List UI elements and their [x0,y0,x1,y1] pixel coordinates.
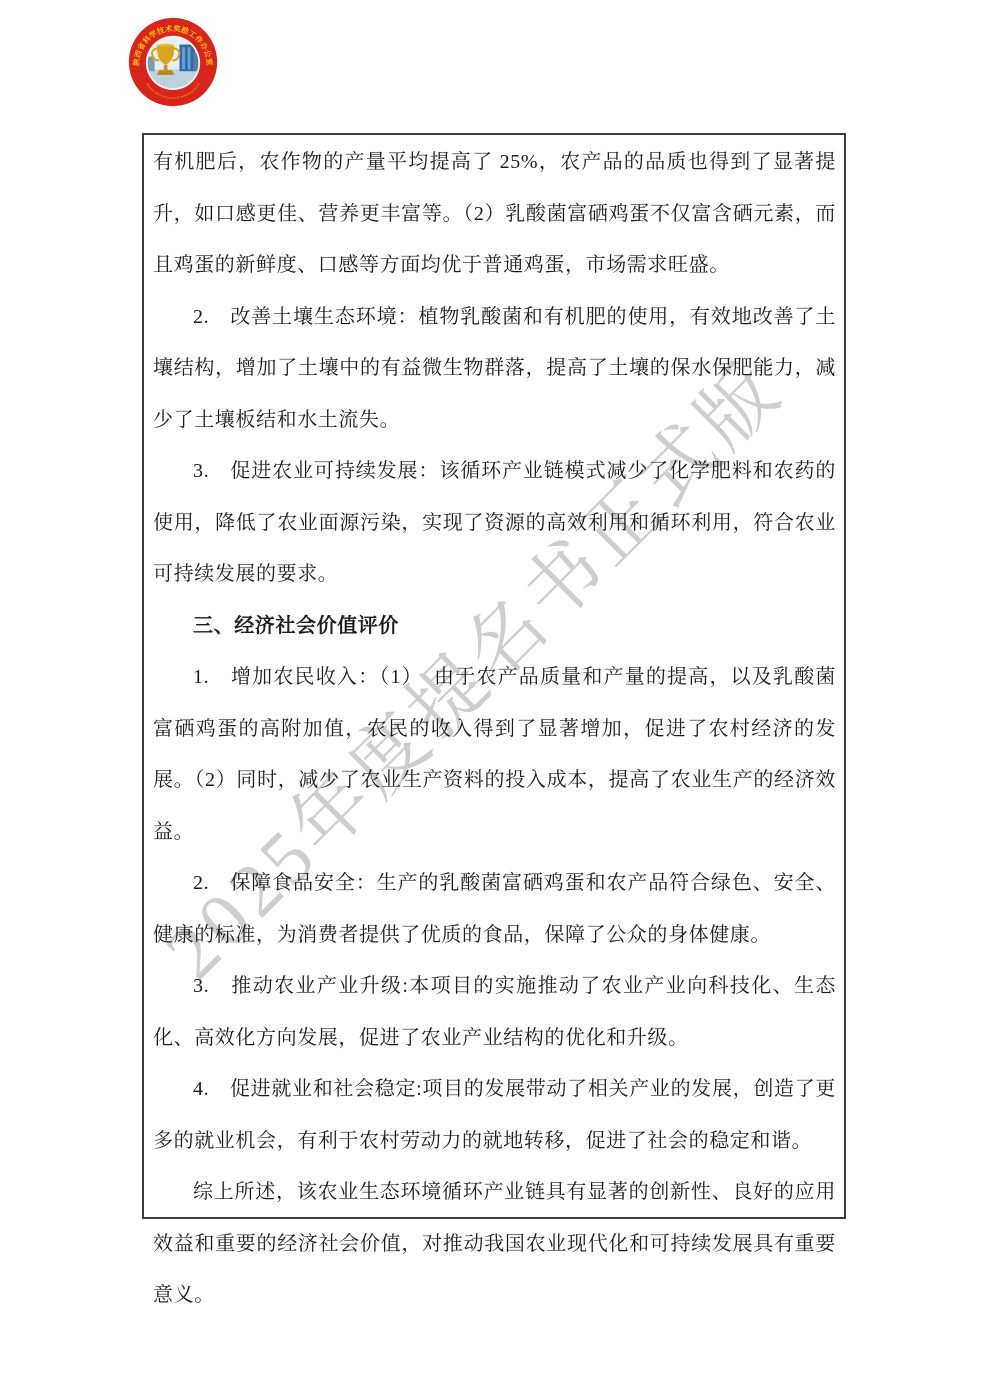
paragraph-item-4-employment: 4. 促进就业和社会稳定:项目的发展带动了相关产业的发展，创造了更多的就业机会，… [153,1064,836,1167]
paragraph-item-3-industry-upgrade: 3. 推动农业产业升级:本项目的实施推动了农业产业向科技化、生态化、高效化方向发… [153,961,836,1064]
paragraph-item-3-sustainable: 3. 促进农业可持续发展：该循环产业链模式减少了化学肥料和农药的使用，降低了农业… [153,446,836,601]
content-box: 有机肥后，农作物的产量平均提高了 25%，农产品的品质也得到了显著提升，如口感更… [142,133,846,1219]
document-page: 陕西省科学技术奖励工作办公室 Shaanxi Office Of Science… [0,0,990,1399]
paragraph-item-1-income: 1. 增加农民收入：（1） 由于农产品质量和产量的提高，以及乳酸菌富硒鸡蛋的高附… [153,652,836,858]
paragraph-conclusion: 综上所述，该农业生态环境循环产业链具有显著的创新性、良好的应用效益和重要的经济社… [153,1167,836,1322]
paragraph-continuation: 有机肥后，农作物的产量平均提高了 25%，农产品的品质也得到了显著提升，如口感更… [153,137,836,292]
section-heading-economic-social-value: 三、经济社会价值评价 [153,601,836,653]
award-seal-logo: 陕西省科学技术奖励工作办公室 Shaanxi Office Of Science… [127,16,219,108]
paragraph-item-2-food-safety: 2. 保障食品安全：生产的乳酸菌富硒鸡蛋和农产品符合绿色、安全、健康的标准，为消… [153,858,836,961]
paragraph-item-2-soil: 2. 改善土壤生态环境：植物乳酸菌和有机肥的使用，有效地改善了土壤结构，增加了土… [153,292,836,447]
